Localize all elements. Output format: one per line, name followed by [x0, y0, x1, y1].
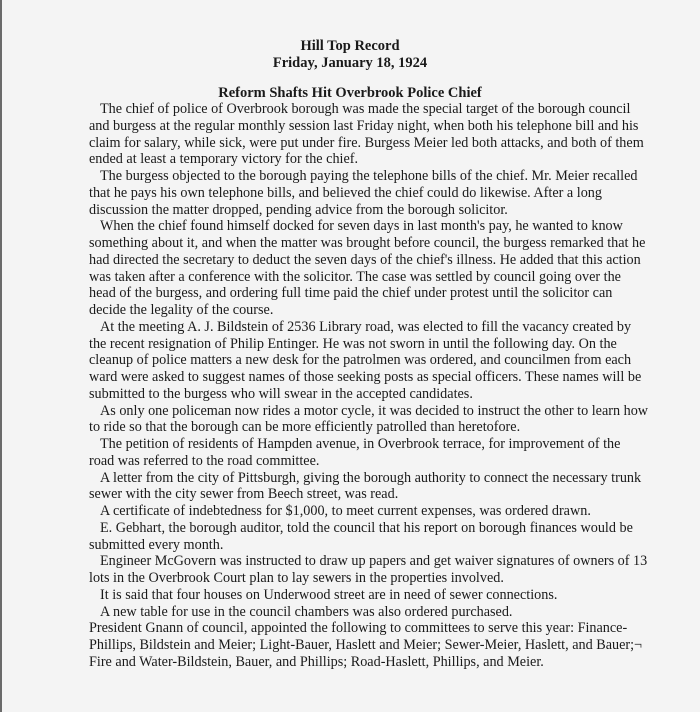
article-headline: Reform Shafts Hit Overbrook Police Chief: [0, 85, 700, 102]
paragraph-bildstein-elected: At the meeting A. J. Bildstein of 2536 L…: [89, 319, 649, 403]
page-edge: [0, 0, 2, 712]
paragraph-engineer: Engineer McGovern was instructed to draw…: [89, 553, 649, 587]
paragraph-chief-targeted: The chief of police of Overbrook borough…: [89, 101, 649, 168]
paragraph-underwood: It is said that four houses on Underwood…: [89, 587, 649, 604]
article-body: The chief of police of Overbrook borough…: [89, 101, 649, 671]
paragraph-telephone-bills: The burgess objected to the borough payi…: [89, 168, 649, 218]
issue-date: Friday, January 18, 1924: [0, 55, 700, 72]
paper-name: Hill Top Record: [0, 38, 700, 55]
paragraph-pittsburgh-letter: A letter from the city of Pittsburgh, gi…: [89, 470, 649, 504]
paragraph-docked-pay: When the chief found himself docked for …: [89, 218, 649, 319]
paragraph-new-table: A new table for use in the council chamb…: [89, 604, 649, 621]
paragraph-certificate: A certificate of indebtedness for $1,000…: [89, 503, 649, 520]
paragraph-motor-cycle: As only one policeman now rides a motor …: [89, 403, 649, 437]
paragraph-auditor: E. Gebhart, the borough auditor, told th…: [89, 520, 649, 554]
paragraph-hampden-petition: The petition of residents of Hampden ave…: [89, 436, 649, 470]
paragraph-committees: President Gnann of council, appointed th…: [89, 620, 649, 670]
masthead: Hill Top Record Friday, January 18, 1924: [0, 38, 700, 72]
